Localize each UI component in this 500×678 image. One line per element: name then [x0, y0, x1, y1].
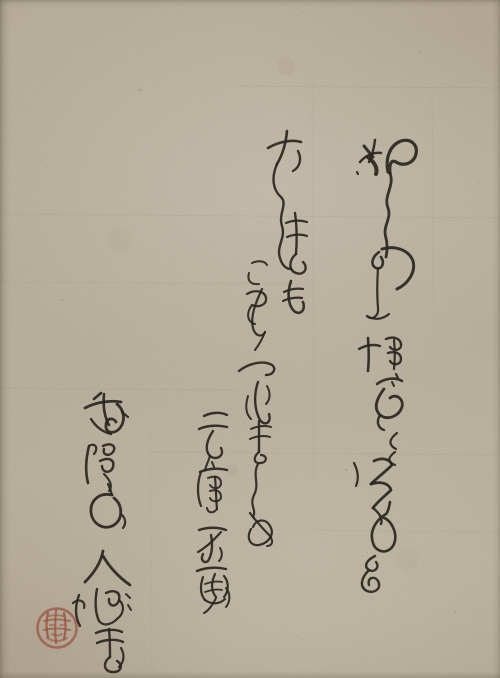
artwork-svg — [0, 0, 500, 678]
paper-grain-texture — [0, 0, 500, 678]
artwork-photo — [0, 0, 500, 678]
